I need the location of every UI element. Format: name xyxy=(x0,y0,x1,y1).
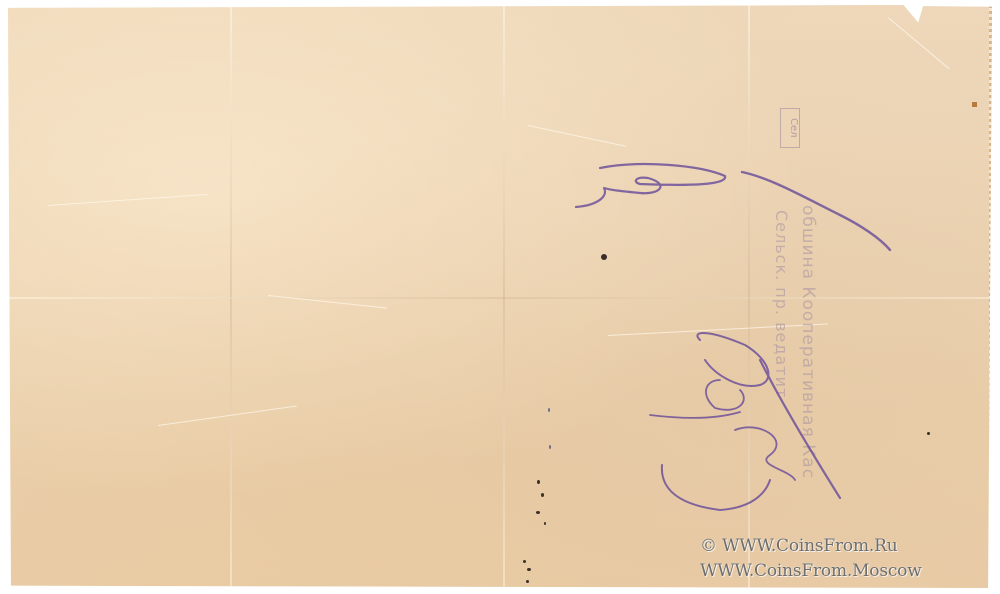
stamp-mark: Сел xyxy=(780,108,800,148)
scan-image: Сел обшина Кооперативная Кас Сельск. пр.… xyxy=(0,0,1000,594)
ink-speck xyxy=(601,254,607,260)
watermark-line-2: WWW.CoinsFrom.Moscow xyxy=(700,559,922,584)
ink-speck xyxy=(541,493,544,497)
banknote-paper xyxy=(8,5,992,588)
ink-speck xyxy=(526,580,529,583)
perforated-edge xyxy=(989,5,992,588)
watermark: © WWW.CoinsFrom.Ru WWW.CoinsFrom.Moscow xyxy=(700,534,922,584)
ink-speck xyxy=(548,408,550,412)
crease xyxy=(888,17,950,69)
fold-line xyxy=(8,297,992,299)
crease xyxy=(48,194,208,206)
stamp-text-line: Сельск. пр. ведатит xyxy=(772,210,791,398)
ink-speck xyxy=(549,445,551,449)
ink-speck xyxy=(927,432,930,435)
crease xyxy=(608,323,828,336)
crease xyxy=(158,406,297,426)
ink-speck xyxy=(523,560,526,563)
ink-speck xyxy=(536,511,540,514)
watermark-line-1: © WWW.CoinsFrom.Ru xyxy=(700,534,922,559)
crease xyxy=(528,125,626,147)
ink-speck xyxy=(537,480,540,484)
rust-spot xyxy=(972,102,977,107)
stamp-text-line: обшина Кооперативная Кас xyxy=(798,205,818,479)
ink-speck xyxy=(527,568,531,571)
ink-speck xyxy=(544,522,546,525)
